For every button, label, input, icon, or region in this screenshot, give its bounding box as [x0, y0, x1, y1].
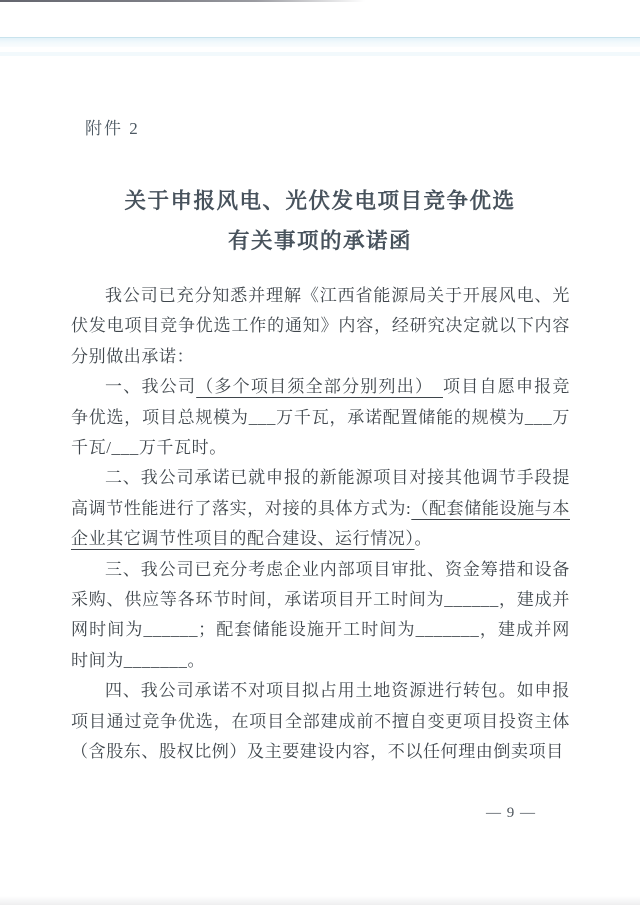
paragraph-item-3: 三、我公司已充分考虑企业内部项目审批、资金筹措和设备采购、供应等各环节时间，承诺… [71, 555, 570, 677]
paragraph-item-1: 一、我公司（多个项目须全部分别列出） 项目自愿申报竞争优选，项目总规模为___万… [71, 372, 570, 463]
scan-artifact-blue-band-faint [0, 52, 640, 56]
document-title-line1: 关于申报风电、光伏发电项目竞争优选 [0, 182, 640, 222]
paragraph-text: 三、我公司已充分考虑企业内部项目审批、资金筹措和设备采购、供应等各环节时间，承诺… [71, 560, 570, 670]
scan-artifact-bottom-shade [0, 896, 640, 905]
paragraph-item-2: 二、我公司承诺已就申报的新能源项目对接其他调节手段提高调节性能进行了落实，对接的… [71, 463, 570, 554]
paragraph-text: 。 [415, 529, 433, 548]
paragraph-text: 四、我公司承诺不对项目拟占用土地资源进行转包。如申报项目通过竞争优选，在项目全部… [71, 681, 570, 761]
scan-artifact-top-line [0, 0, 365, 2]
paragraph-text: 一、我公司 [105, 377, 196, 396]
document-title: 关于申报风电、光伏发电项目竞争优选 有关事项的承诺函 [0, 182, 640, 261]
paragraph-text: 我公司已充分知悉并理解《江西省能源局关于开展风电、光伏发电项目竞争优选工作的通知… [71, 286, 570, 366]
document-body: 我公司已充分知悉并理解《江西省能源局关于开展风电、光伏发电项目竞争优选工作的通知… [71, 281, 570, 768]
paragraph-item-4: 四、我公司承诺不对项目拟占用土地资源进行转包。如申报项目通过竞争优选，在项目全部… [71, 676, 570, 767]
scan-artifact-blue-band [0, 37, 640, 47]
fill-in-blank: （多个项目须全部分别列出） [196, 377, 443, 396]
scanned-document-page: 附件 2 关于申报风电、光伏发电项目竞争优选 有关事项的承诺函 我公司已充分知悉… [0, 0, 640, 905]
page-number: — 9 — [486, 805, 536, 822]
paragraph-intro: 我公司已充分知悉并理解《江西省能源局关于开展风电、光伏发电项目竞争优选工作的通知… [71, 281, 570, 372]
attachment-label: 附件 2 [85, 114, 140, 139]
document-title-line2: 有关事项的承诺函 [0, 222, 640, 262]
